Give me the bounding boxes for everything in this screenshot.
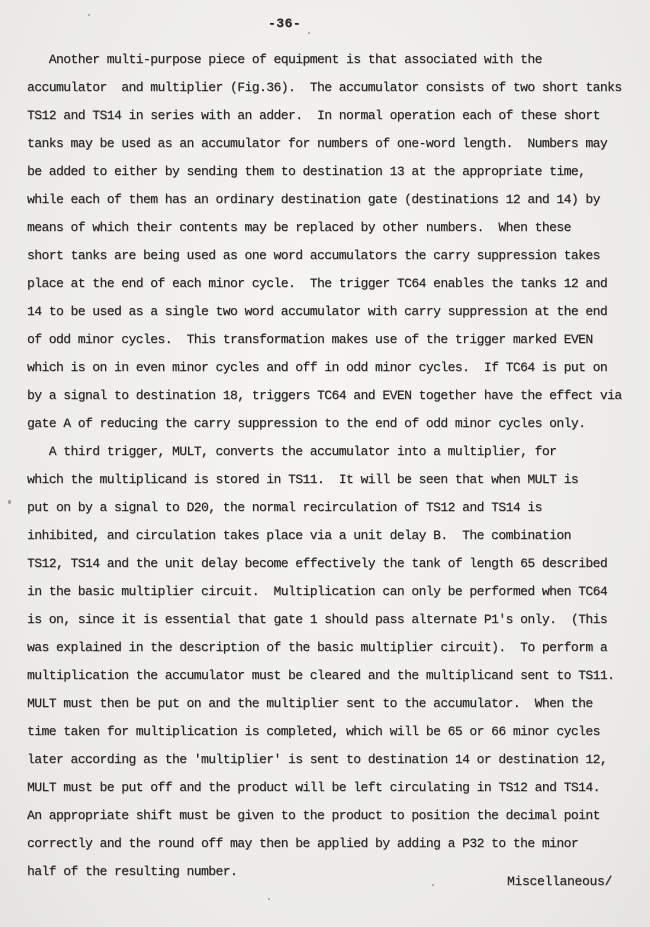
text-line: tanks may be used as an accumulator for … xyxy=(27,130,640,158)
continuation-note: Miscellaneous/ xyxy=(507,874,612,889)
text-line: be added to either by sending them to de… xyxy=(27,158,640,186)
text-line: means of which their contents may be rep… xyxy=(27,214,640,242)
text-line: while each of them has an ordinary desti… xyxy=(27,186,640,214)
text-line: TS12, TS14 and the unit delay become eff… xyxy=(27,550,640,578)
text-line: place at the end of each minor cycle. Th… xyxy=(27,270,640,298)
document-body: Another multi-purpose piece of equipment… xyxy=(27,46,640,886)
text-line: A third trigger, MULT, converts the accu… xyxy=(27,438,640,466)
text-line: gate A of reducing the carry suppression… xyxy=(27,410,640,438)
text-line: multiplication the accumulator must be c… xyxy=(27,662,640,690)
text-line: 14 to be used as a single two word accum… xyxy=(27,298,640,326)
scanned-document-page: -36- Another multi-purpose piece of equi… xyxy=(0,0,650,927)
text-line: correctly and the round off may then be … xyxy=(27,830,640,858)
text-line: which the multiplicand is stored in TS11… xyxy=(27,466,640,494)
scan-speckle xyxy=(432,884,434,886)
text-line: of odd minor cycles. This transformation… xyxy=(27,326,640,354)
text-line: MULT must then be put on and the multipl… xyxy=(27,690,640,718)
text-line: which is on in even minor cycles and off… xyxy=(27,354,640,382)
text-line: in the basic multiplier circuit. Multipl… xyxy=(27,578,640,606)
text-line: MULT must be put off and the product wil… xyxy=(27,774,640,802)
page-number: -36- xyxy=(268,16,301,31)
text-line: was explained in the description of the … xyxy=(27,634,640,662)
text-line: later according as the 'multiplier' is s… xyxy=(27,746,640,774)
text-line: put on by a signal to D20, the normal re… xyxy=(27,494,640,522)
text-line: short tanks are being used as one word a… xyxy=(27,242,640,270)
text-line: TS12 and TS14 in series with an adder. I… xyxy=(27,102,640,130)
text-line: time taken for multiplication is complet… xyxy=(27,718,640,746)
text-line: accumulator and multiplier (Fig.36). The… xyxy=(27,74,640,102)
scan-speckle xyxy=(88,14,90,16)
text-line: by a signal to destination 18, triggers … xyxy=(27,382,640,410)
scan-speckle xyxy=(268,898,270,900)
text-line: An appropriate shift must be given to th… xyxy=(27,802,640,830)
text-line: inhibited, and circulation takes place v… xyxy=(27,522,640,550)
scan-speckle xyxy=(308,32,310,34)
scan-speckle xyxy=(8,500,11,504)
text-line: is on, since it is essential that gate 1… xyxy=(27,606,640,634)
text-line: Another multi-purpose piece of equipment… xyxy=(27,46,640,74)
